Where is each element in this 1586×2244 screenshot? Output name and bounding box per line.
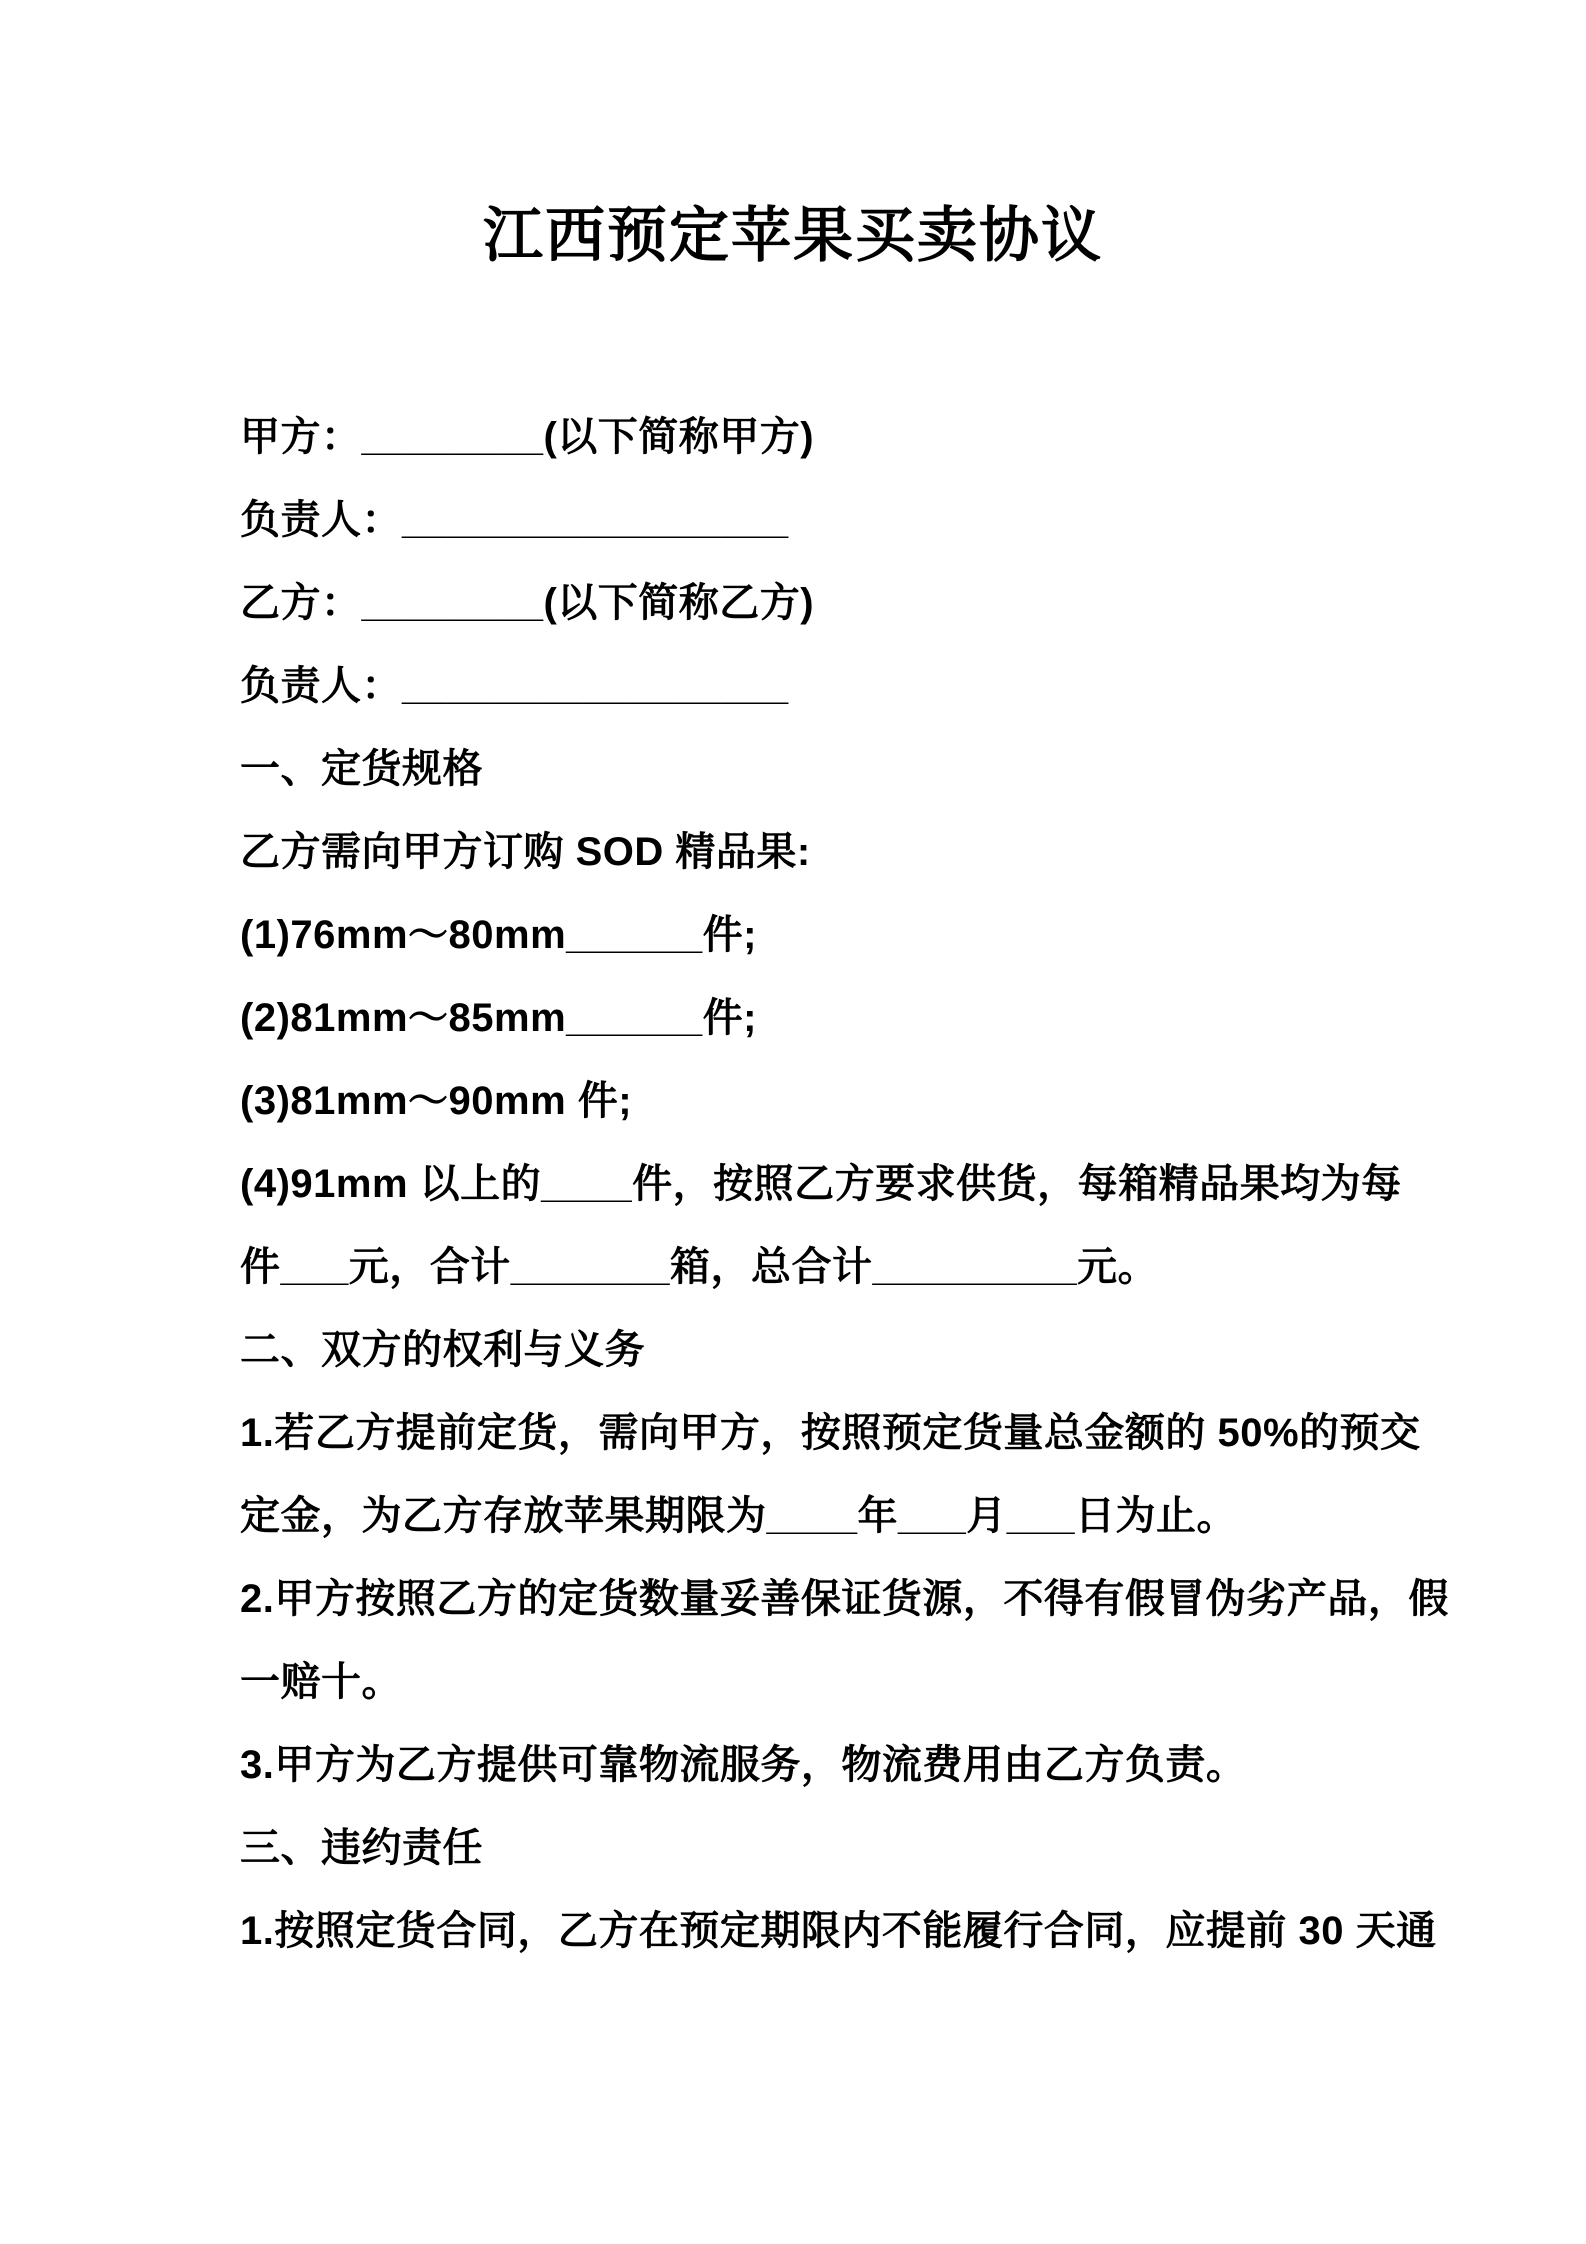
document-title: 江西预定苹果买卖协议 <box>0 0 1586 272</box>
spec-item-1-line: (1)76mm～80mm______件; <box>240 894 1466 977</box>
party-b-principal-line: 负责人：_________________ <box>240 645 1466 728</box>
clause-2-1-line: 1.若乙方提前定货，需向甲方，按照预定货量总金额的 50%的预交 <box>240 1392 1466 1475</box>
clause-2-2-line: 2.甲方按照乙方的定货数量妥善保证货源，不得有假冒伪劣产品，假 <box>240 1558 1466 1641</box>
section-2-heading: 二、双方的权利与义务 <box>240 1309 1466 1392</box>
clause-3-1-line: 1.按照定货合同，乙方在预定期限内不能履行合同，应提前 30 天通 <box>240 1890 1466 1973</box>
order-spec-intro-line: 乙方需向甲方订购 SOD 精品果: <box>240 811 1466 894</box>
party-a-principal-line: 负责人：_________________ <box>240 479 1466 562</box>
clause-2-2-continued-line: 一赔十。 <box>240 1641 1466 1724</box>
section-1-heading: 一、定货规格 <box>240 728 1466 811</box>
party-a-line: 甲方：________(以下简称甲方) <box>240 396 1466 479</box>
document-page: 江西预定苹果买卖协议 甲方：________(以下简称甲方) 负责人：_____… <box>0 0 1586 2244</box>
spec-item-4-line: (4)91mm 以上的____件，按照乙方要求供货，每箱精品果均为每 <box>240 1143 1466 1226</box>
spec-item-2-line: (2)81mm～85mm______件; <box>240 977 1466 1060</box>
spec-item-4-continued-line: 件___元，合计_______箱，总合计_________元。 <box>240 1226 1466 1309</box>
party-b-line: 乙方：________(以下简称乙方) <box>240 562 1466 645</box>
clause-2-3-line: 3.甲方为乙方提供可靠物流服务，物流费用由乙方负责。 <box>240 1724 1466 1807</box>
clause-2-1-continued-line: 定金，为乙方存放苹果期限为____年___月___日为止。 <box>240 1475 1466 1558</box>
document-body: 甲方：________(以下简称甲方) 负责人：________________… <box>0 396 1586 1973</box>
section-3-heading: 三、违约责任 <box>240 1807 1466 1890</box>
spec-item-3-line: (3)81mm～90mm 件; <box>240 1060 1466 1143</box>
